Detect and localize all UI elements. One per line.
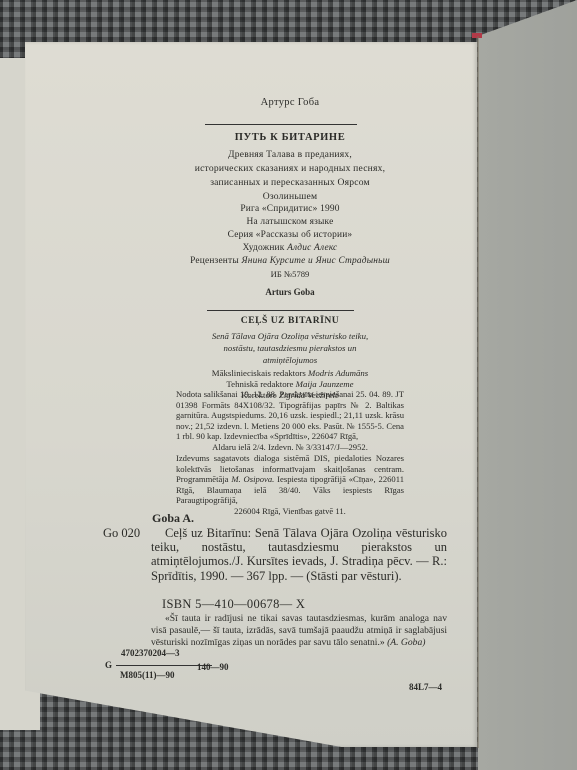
facing-page xyxy=(478,0,577,770)
ru-language: На латышском языке xyxy=(175,216,405,229)
dis-details: Izdevums sagatavots dialoga sistēmā DIS,… xyxy=(176,453,404,516)
print-details: Nodota salikšanai 19. 12. 88. Parakstīta… xyxy=(176,389,404,452)
ru-subtitle-line: исторических сказаниях и народных песнях… xyxy=(175,162,405,176)
catalog-quote: «Šī tauta ir radījusi ne tikai savas tau… xyxy=(151,613,447,649)
ru-reviewers: Рецензенты Янина Курсите и Янис Страдынь… xyxy=(155,255,425,268)
lv-subtitle-line: nostāstu, tautasdziesmu pierakstos un xyxy=(175,342,405,354)
bbk-code: 84L7—4 xyxy=(409,682,442,692)
ru-publisher: Рига «Спридитис» 1990 xyxy=(175,203,405,216)
divider xyxy=(205,124,357,125)
isbn: ISBN 5—410—00678— X xyxy=(162,597,305,612)
page-gutter xyxy=(477,36,479,748)
lv-subtitle: Senā Tālava Ojāra Ozoliņa vēsturisko tei… xyxy=(175,330,405,366)
catalog-description: Ceļš uz Bitarīnu: Senā Tālava Ojāra Ozol… xyxy=(151,526,447,583)
lv-author: Arturs Goba xyxy=(175,287,405,297)
ib-number: ИБ №5789 xyxy=(175,269,405,279)
lv-subtitle-line: Senā Tālava Ojāra Ozoliņa vēsturisko tei… xyxy=(175,330,405,342)
catalog-class-code: Go 020 xyxy=(103,526,140,541)
ru-author: Артурс Гоба xyxy=(175,97,405,108)
ru-subtitle-line: Древняя Талава в преданиях, xyxy=(175,148,405,162)
catalog-author: Goba A. xyxy=(152,511,194,526)
price-code: 140—90 xyxy=(197,662,229,672)
ru-subtitle-line: Озолиньшем xyxy=(175,190,405,204)
lv-subtitle-line: atmiņtēlojumos xyxy=(175,354,405,366)
ru-series: Серия «Рассказы об истории» xyxy=(175,229,405,242)
ru-subtitle: Древняя Талава в преданиях, исторических… xyxy=(175,148,405,204)
ru-artist: Художник Алдис Алекс xyxy=(175,242,405,255)
divider xyxy=(207,310,354,311)
lv-title: CEĻŠ UZ BITARĪNU xyxy=(175,315,405,326)
staff-line: Mākslinieciskais redaktors Modris Adumān… xyxy=(175,368,405,379)
code-denominator: M805(11)—90 xyxy=(120,670,175,680)
ru-subtitle-line: записанных и пересказанных Оярсом xyxy=(175,176,405,190)
code-numerator: 4702370204—3 xyxy=(121,648,180,658)
code-letter: G xyxy=(105,660,112,670)
ru-imprint: Рига «Спридитис» 1990 На латышском языке… xyxy=(175,203,405,268)
ru-title: ПУТЬ К БИТАРИНЕ xyxy=(175,132,405,143)
